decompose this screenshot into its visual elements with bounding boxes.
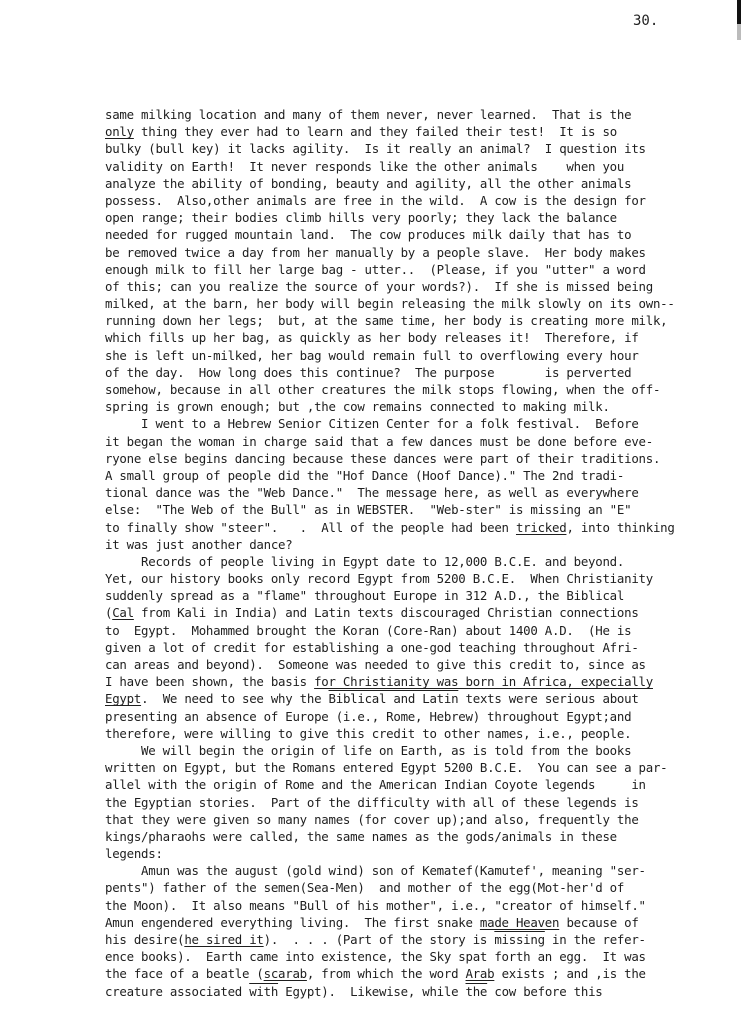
text-line: I have been shown, the basis for Christi… [105, 673, 705, 690]
text-line: (Cal from Kali in India) and Latin texts… [105, 604, 705, 621]
text-line: of this; can you realize the source of y… [105, 278, 705, 295]
underlined-text: for Christianity was born in Africa, exp… [314, 674, 653, 689]
overlined-text: missing [494, 932, 544, 947]
text-line: legends: [105, 845, 705, 862]
text-line: it was just another dance? [105, 536, 705, 553]
underlined-text: Egypt [105, 691, 141, 706]
page-number: 30. [633, 13, 658, 29]
text-line: creature associated with Egypt). Likewis… [105, 983, 705, 1000]
text-line: running down her legs; but, at the same … [105, 312, 705, 329]
text-line: his desire(he sired it). . . . (Part of … [105, 931, 705, 948]
text-line: We will begin the origin of life on Eart… [105, 742, 705, 759]
text-line: Amun engendered everything living. The f… [105, 914, 705, 931]
text-line: presenting an absence of Europe (i.e., R… [105, 708, 705, 725]
document-body: same milking location and many of them n… [105, 106, 705, 1000]
text-line: tional dance was the "Web Dance." The me… [105, 484, 705, 501]
text-line: needed for rugged mountain land. The cow… [105, 226, 705, 243]
underlined-text: Arab [466, 966, 495, 981]
text-line: Egypt. We need to see why the Biblical a… [105, 690, 705, 707]
text-line: be removed twice a day from her manually… [105, 244, 705, 261]
text-line: the Egyptian stories. Part of the diffic… [105, 794, 705, 811]
text-line: somehow, because in all other creatures … [105, 381, 705, 398]
underlined-text: he sired it [184, 932, 263, 947]
text-line: the Moon). It also means "Bull of his mo… [105, 897, 705, 914]
text-line: written on Egypt, but the Romans entered… [105, 759, 705, 776]
text-line: else: "The Web of the Bull" as in WEBSTE… [105, 501, 705, 518]
text-line: given a lot of credit for establishing a… [105, 639, 705, 656]
text-line: milked, at the barn, her body will begin… [105, 295, 705, 312]
text-line: spring is grown enough; but ,the cow rem… [105, 398, 705, 415]
overlined-text: with [249, 984, 278, 999]
underlined-text: tricked [516, 520, 566, 535]
text-line: Records of people living in Egypt date t… [105, 553, 705, 570]
text-line: can areas and beyond). Someone was neede… [105, 656, 705, 673]
text-line: suddenly spread as a "flame" throughout … [105, 587, 705, 604]
text-line: bulky (bull key) it lacks agility. Is it… [105, 140, 705, 157]
text-line: Yet, our history books only record Egypt… [105, 570, 705, 587]
underlined-text: scarab [264, 966, 307, 981]
text-line: allel with the origin of Rome and the Am… [105, 776, 705, 793]
text-line: to Egypt. Mohammed brought the Koran (Co… [105, 622, 705, 639]
overlined-text: the [466, 984, 488, 999]
text-line: ryone else begins dancing because these … [105, 450, 705, 467]
text-line: same milking location and many of them n… [105, 106, 705, 123]
text-line: therefore, were willing to give this cre… [105, 725, 705, 742]
text-line: only thing they ever had to learn and th… [105, 123, 705, 140]
underlined-text: Cal [112, 605, 134, 620]
text-line: ence books). Earth came into existence, … [105, 948, 705, 965]
text-line: which fills up her bag, as quickly as he… [105, 329, 705, 346]
text-line: that they were given so many names (for … [105, 811, 705, 828]
text-line: Amun was the august (gold wind) son of K… [105, 862, 705, 879]
text-line: it began the woman in charge said that a… [105, 433, 705, 450]
underlined-text: made Heaven [480, 915, 559, 930]
text-line: possess. Also,other animals are free in … [105, 192, 705, 209]
text-line: analyze the ability of bonding, beauty a… [105, 175, 705, 192]
text-line: to finally show "steer". . All of the pe… [105, 519, 705, 536]
text-line: open range; their bodies climb hills ver… [105, 209, 705, 226]
text-line: she is left un-milked, her bag would rem… [105, 347, 705, 364]
text-line: A small group of people did the "Hof Dan… [105, 467, 705, 484]
text-line: validity on Earth! It never responds lik… [105, 158, 705, 175]
text-line: enough milk to fill her large bag - utte… [105, 261, 705, 278]
text-line: pents") father of the semen(Sea-Men) and… [105, 879, 705, 896]
scan-edge-mark [737, 0, 741, 40]
text-line: of the day. How long does this continue?… [105, 364, 705, 381]
text-line: I went to a Hebrew Senior Citizen Center… [105, 415, 705, 432]
underlined-text: only [105, 124, 134, 139]
overlined-text: Biblical and Latin [329, 691, 459, 706]
text-line: the face of a beatle (scarab, from which… [105, 965, 705, 982]
text-line: kings/pharaohs were called, the same nam… [105, 828, 705, 845]
